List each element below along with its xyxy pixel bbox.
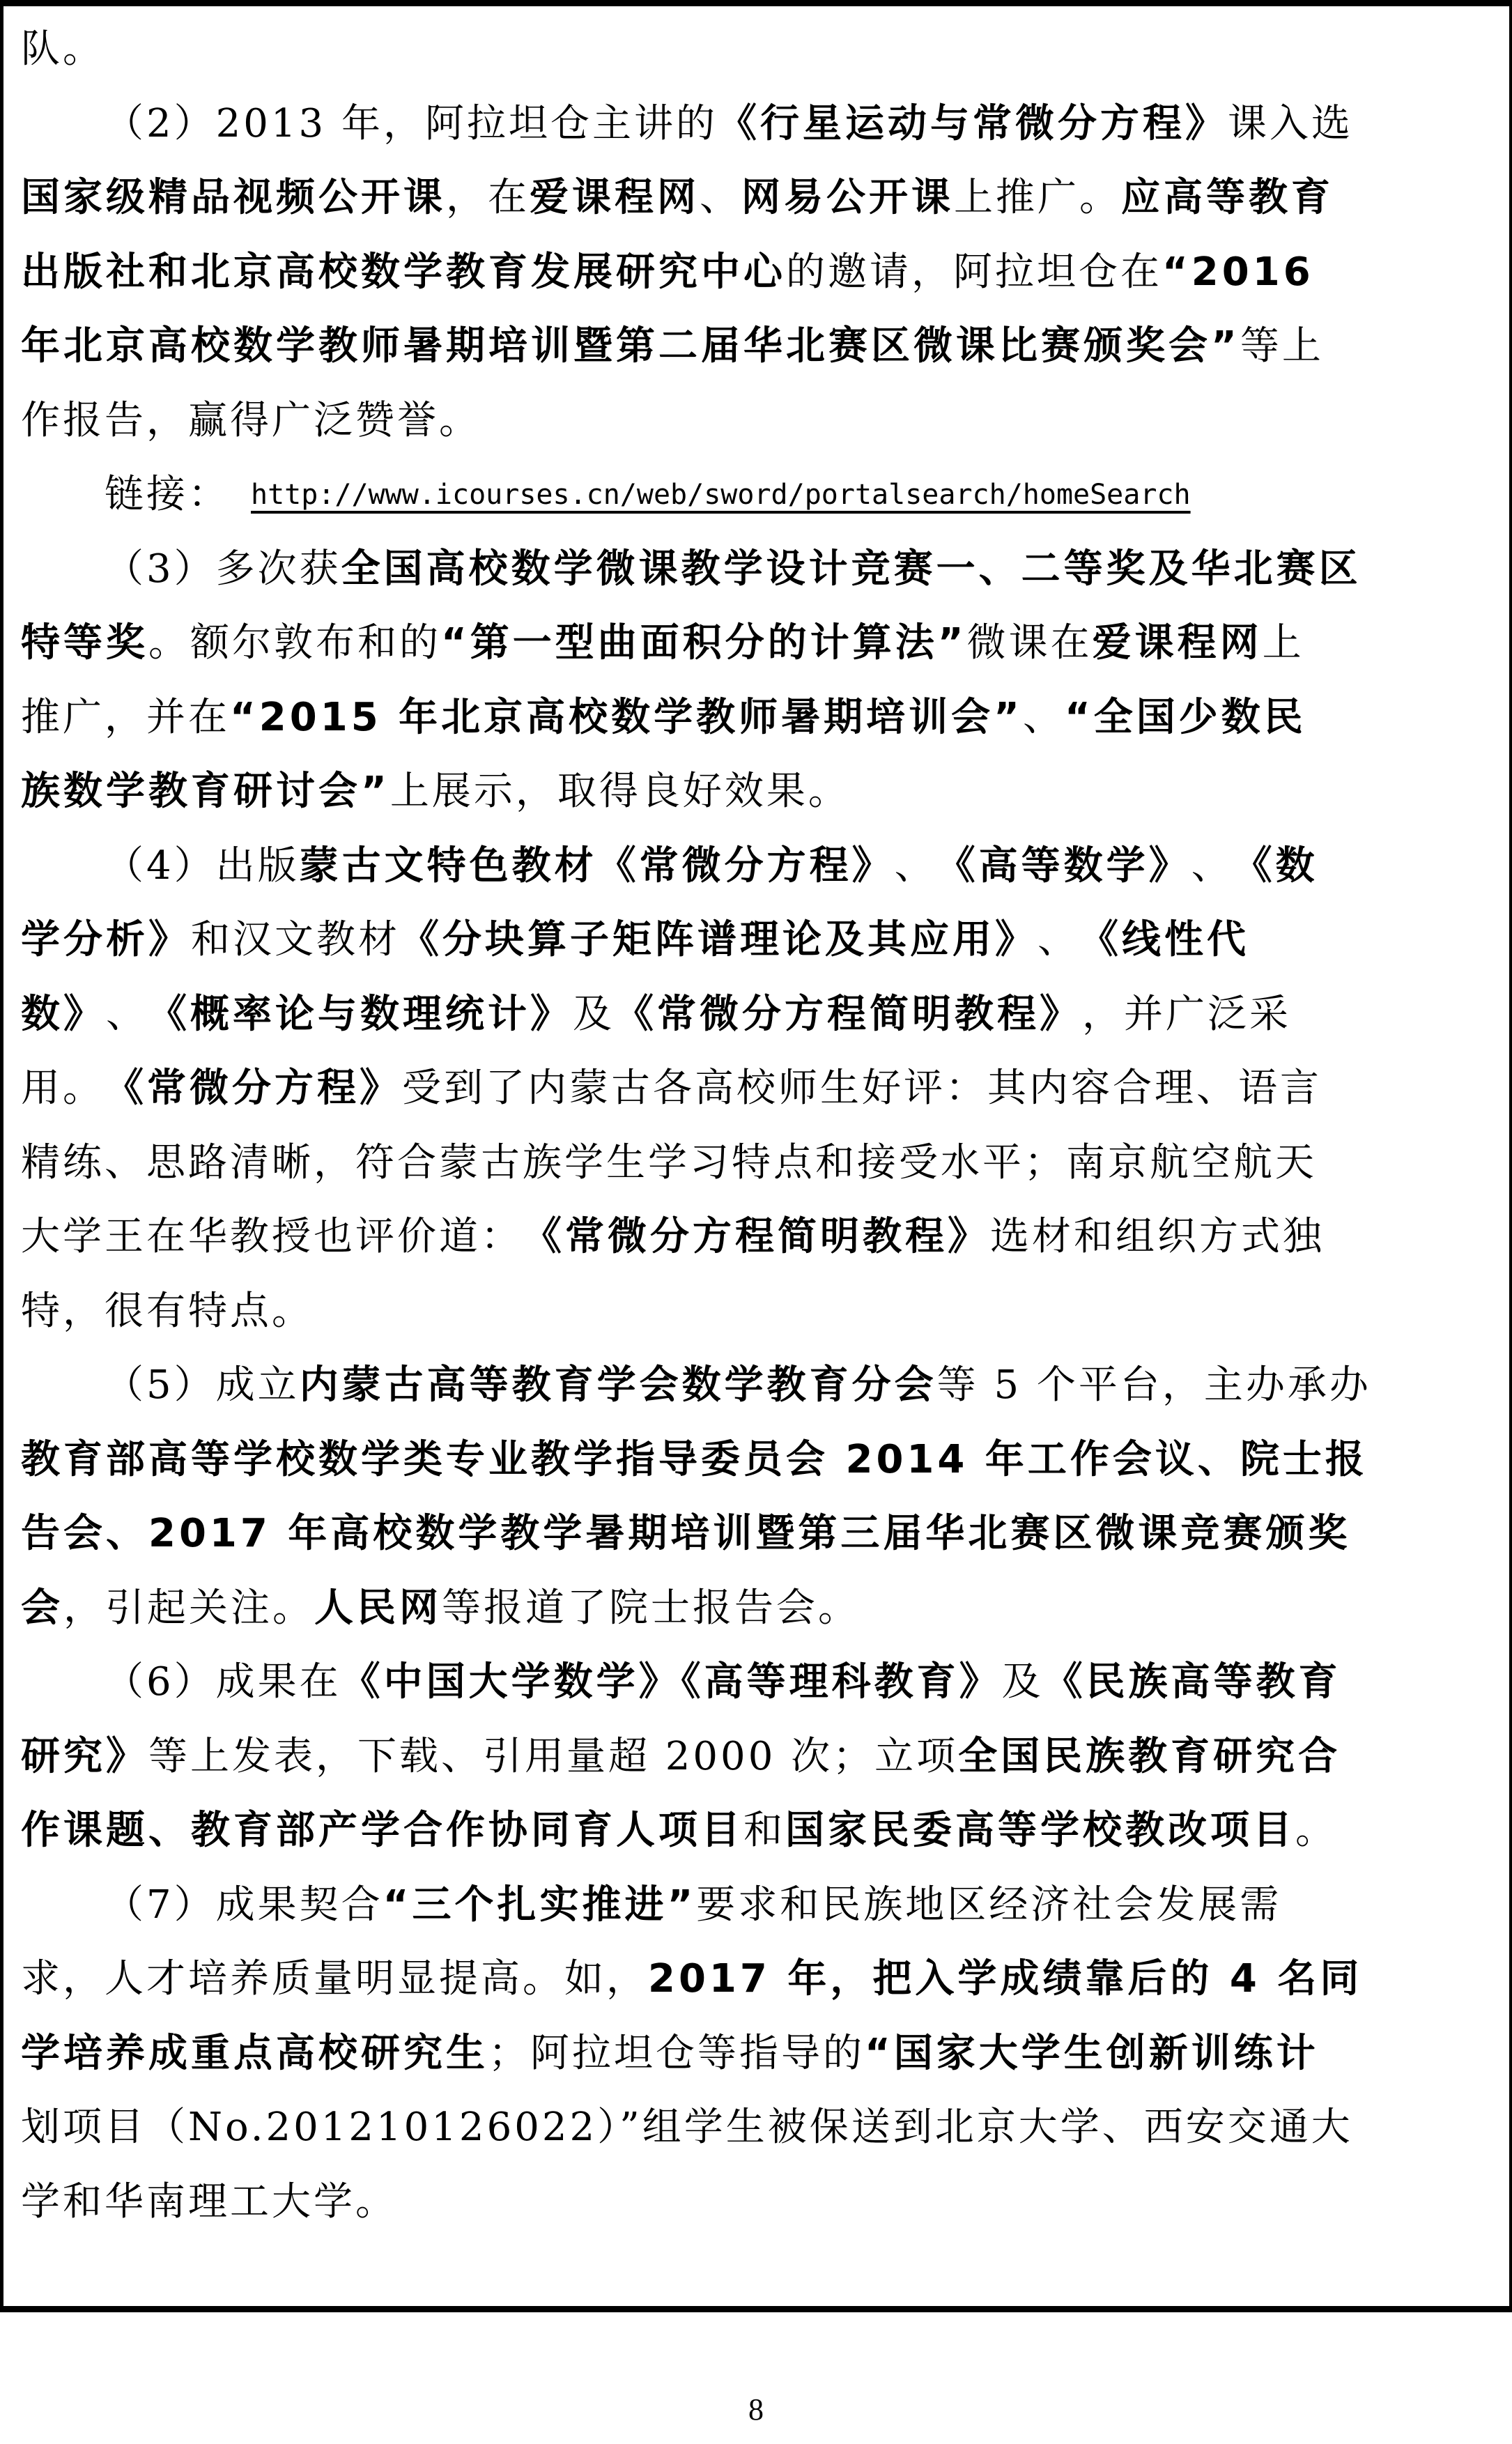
text-segment: 、 [1191,829,1233,904]
text-line: 教育部高等学校数学类专业教学指导委员会 2014 年工作会议、院士报 [21,1423,1491,1498]
text-line: 作课题、教育部产学合作协同育人项目和国家民委高等学校教改项目。 [21,1794,1491,1868]
text-segment: 上展示，取得良好效果。 [390,755,850,829]
bold-text-segment: “2016 [1162,236,1314,310]
text-line: （4）出版蒙古文特色教材《常微分方程》、《高等数学》、《数 [21,829,1491,904]
bold-text-segment: 网易公开课 [741,161,954,236]
text-segment: 和 [743,1794,785,1868]
text-segment: ；阿拉坦仓等指导的 [488,2017,865,2091]
text-line: （5）成立内蒙古高等教育学会数学教育分会等 5 个平台，主办承办 [21,1348,1491,1423]
bold-text-segment: “国家大学生创新训练计 [865,2017,1319,2091]
bold-text-segment: 族数学教育研讨会” [21,755,390,829]
bold-text-segment: 《中国大学数学》《高等理科教育》 [341,1645,1002,1720]
bold-text-segment: 学分析》 [21,903,191,978]
text-segment: 。额尔敦布和的 [148,606,441,681]
course-link[interactable]: http://www.icourses.cn/web/sword/portals… [251,458,1191,532]
bold-text-segment: “全国少数民 [1065,681,1306,755]
text-segment: 大学王在华教授也评价道： [21,1200,523,1275]
text-segment: 微课在 [967,606,1093,681]
text-segment: 用。 [21,1052,105,1126]
text-segment: 。 [1295,1794,1337,1868]
link-line: 链接：http://www.icourses.cn/web/sword/port… [21,458,1491,532]
text-line: 特，很有特点。 [21,1275,1491,1349]
text-segment: （2）2013 年，阿拉坦仓主讲的 [105,87,718,162]
text-segment: （6）成果在 [105,1645,341,1720]
text-line: 用。《常微分方程》受到了内蒙古各高校师生好评：其内容合理、语言 [21,1052,1491,1126]
page-number: 8 [0,2392,1512,2427]
text-segment: 等上发表，下载、引用量超 2000 次；立项 [148,1720,958,1794]
link-label: 链接： [105,458,230,532]
text-segment: 受到了内蒙古各高校师生好评：其内容合理、语言 [402,1052,1322,1126]
text-segment: 精练、思路清晰，符合蒙古族学生学习特点和接受水平；南京航空航天 [21,1126,1317,1201]
text-line: 数》、《概率论与数理统计》及《常微分方程简明教程》，并广泛采 [21,978,1491,1052]
text-line: 会，引起关注。人民网等报道了院士报告会。 [21,1571,1491,1646]
text-line: （3）多次获全国高校数学微课教学设计竞赛一、二等奖及华北赛区 [21,532,1491,607]
bold-text-segment: 《概率论与数理统计》 [148,978,573,1052]
text-line: 特等奖。额尔敦布和的“第一型曲面积分的计算法”微课在爱课程网上 [21,606,1491,681]
text-segment: （5）成立 [105,1348,300,1423]
text-segment: 要求和民族地区经济社会发展需 [696,1868,1281,1943]
text-line: 学培养成重点高校研究生；阿拉坦仓等指导的“国家大学生创新训练计 [21,2017,1491,2091]
bold-text-segment: 爱课程网 [530,161,700,236]
text-line: 大学王在华教授也评价道：《常微分方程简明教程》选材和组织方式独 [21,1200,1491,1275]
bold-text-segment: “2015 年北京高校数学教师暑期培训会” [230,681,1023,755]
text-line: 推广，并在“2015 年北京高校数学教师暑期培训会”、“全国少数民 [21,681,1491,755]
bold-text-segment: 人民网 [314,1571,442,1646]
text-line: 划项目（No.201210126022）”组学生被保送到北京大学、西安交通大 [21,2091,1491,2165]
bold-text-segment: 内蒙古高等教育学会数学教育分会 [300,1348,937,1423]
bold-text-segment: 应高等教育 [1121,161,1334,236]
bold-text-segment: “第一型曲面积分的计算法” [441,606,967,681]
text-segment: （7）成果契合 [105,1868,383,1943]
bold-text-segment: 研究》 [21,1720,148,1794]
bold-text-segment: 2017 年，把入学成绩靠后的 4 名同 [648,1942,1362,2017]
bold-text-segment: 《民族高等教育 [1044,1645,1341,1720]
text-segment: 选材和组织方式独 [990,1200,1325,1275]
bold-text-segment: 国家民委高等学校教改项目 [785,1794,1295,1868]
bold-text-segment: 数》 [21,978,106,1052]
text-segment: 求，人才培养质量明显提高。如， [21,1942,648,2017]
text-line: 告会、2017 年高校数学教学暑期培训暨第三届华北赛区微课竞赛颁奖 [21,1497,1491,1571]
text-line: 国家级精品视频公开课，在爱课程网、网易公开课上推广。应高等教育 [21,161,1491,236]
bold-text-segment: 《数 [1233,829,1318,904]
text-segment: 及 [573,978,615,1052]
bold-text-segment: 《常微分方程简明教程》 [523,1200,990,1275]
bold-text-segment: 作课题、教育部产学合作协同育人项目 [21,1794,743,1868]
text-segment: （3）多次获 [105,532,341,607]
text-segment: 、 [1023,681,1065,755]
text-segment: 组学生被保送到北京大学、西安交通大 [642,2091,1353,2165]
text-segment: 及 [1002,1645,1044,1720]
text-segment: 上 [1263,606,1304,681]
document-body: 队。（2）2013 年，阿拉坦仓主讲的《行星运动与常微分方程》课入选国家级精品视… [21,13,1491,2239]
text-segment: 推广，并在 [21,681,230,755]
text-segment: 、 [700,161,741,236]
text-line: 研究》等上发表，下载、引用量超 2000 次；立项全国民族教育研究合 [21,1720,1491,1794]
bold-text-segment: 教育部高等学校数学类专业教学指导委员会 2014 年工作会议、院士报 [21,1423,1368,1498]
bold-text-segment: 《常微分方程》 [105,1052,402,1126]
bold-text-segment: 出版社和北京高校数学教育发展研究中心 [21,236,786,310]
text-segment: 的邀请，阿拉坦仓在 [786,236,1162,310]
text-line: 精练、思路清晰，符合蒙古族学生学习特点和接受水平；南京航空航天 [21,1126,1491,1201]
text-segment: 等 5 个平台，主办承办 [937,1348,1371,1423]
text-line: （7）成果契合“三个扎实推进”要求和民族地区经济社会发展需 [21,1868,1491,1943]
text-line: （6）成果在《中国大学数学》《高等理科教育》及《民族高等教育 [21,1645,1491,1720]
bold-text-segment: 告会、2017 年高校数学教学暑期培训暨第三届华北赛区微课竞赛颁奖 [21,1497,1350,1571]
bold-text-segment: 会 [21,1571,63,1646]
text-segment: ，在 [446,161,530,236]
text-segment: 队。 [21,13,105,87]
bold-text-segment: 《分块算子矩阵谱理论及其应用》 [400,903,1037,978]
bold-text-segment: 蒙古文特色教材《常微分方程》 [300,829,895,904]
text-line: 学和华南理工大学。 [21,2165,1491,2240]
bold-text-segment: 《行星运动与常微分方程》 [718,87,1228,162]
bold-text-segment: 特等奖 [21,606,148,681]
text-line: 队。 [21,13,1491,87]
text-segment: 和汉文教材 [191,903,400,978]
text-segment: 划项目（No.201210126022）” [21,2091,642,2165]
bold-text-segment: 全国民族教育研究合 [958,1720,1341,1794]
text-line: 年北京高校数学教师暑期培训暨第二届华北赛区微课比赛颁奖会”等上 [21,309,1491,384]
bold-text-segment: 年北京高校数学教师暑期培训暨第二届华北赛区微课比赛颁奖会” [21,309,1240,384]
bold-text-segment: 国家级精品视频公开课 [21,161,446,236]
text-segment: ，引起关注。 [63,1571,314,1646]
text-segment: 学和华南理工大学。 [21,2165,397,2240]
bold-text-segment: 学培养成重点高校研究生 [21,2017,488,2091]
text-segment: 作报告，赢得广泛赞誉。 [21,384,481,459]
bold-text-segment: 《高等数学》 [936,829,1191,904]
text-segment: 、 [895,829,936,904]
bold-text-segment: 《常微分方程简明教程》 [615,978,1082,1052]
text-line: 族数学教育研讨会”上展示，取得良好效果。 [21,755,1491,829]
bold-text-segment: 爱课程网 [1093,606,1263,681]
text-line: （2）2013 年，阿拉坦仓主讲的《行星运动与常微分方程》课入选 [21,87,1491,162]
text-line: 求，人才培养质量明显提高。如，2017 年，把入学成绩靠后的 4 名同 [21,1942,1491,2017]
text-line: 学分析》和汉文教材《分块算子矩阵谱理论及其应用》、《线性代 [21,903,1491,978]
text-segment: 上推广。 [954,161,1121,236]
text-segment: ，并广泛采 [1082,978,1291,1052]
text-line: 作报告，赢得广泛赞誉。 [21,384,1491,459]
text-segment: 等上 [1240,309,1324,384]
text-segment: 等报道了院士报告会。 [442,1571,860,1646]
text-segment: 课入选 [1228,87,1353,162]
bold-text-segment: “三个扎实推进” [383,1868,697,1943]
bold-text-segment: 全国高校数学微课教学设计竞赛一、二等奖及华北赛区 [341,532,1361,607]
text-segment: 、 [1037,903,1079,978]
text-line: 出版社和北京高校数学教育发展研究中心的邀请，阿拉坦仓在“2016 [21,236,1491,310]
bold-text-segment: 《线性代 [1079,903,1249,978]
text-segment: 特，很有特点。 [21,1275,314,1349]
text-segment: 、 [106,978,148,1052]
text-segment: （4）出版 [105,829,300,904]
